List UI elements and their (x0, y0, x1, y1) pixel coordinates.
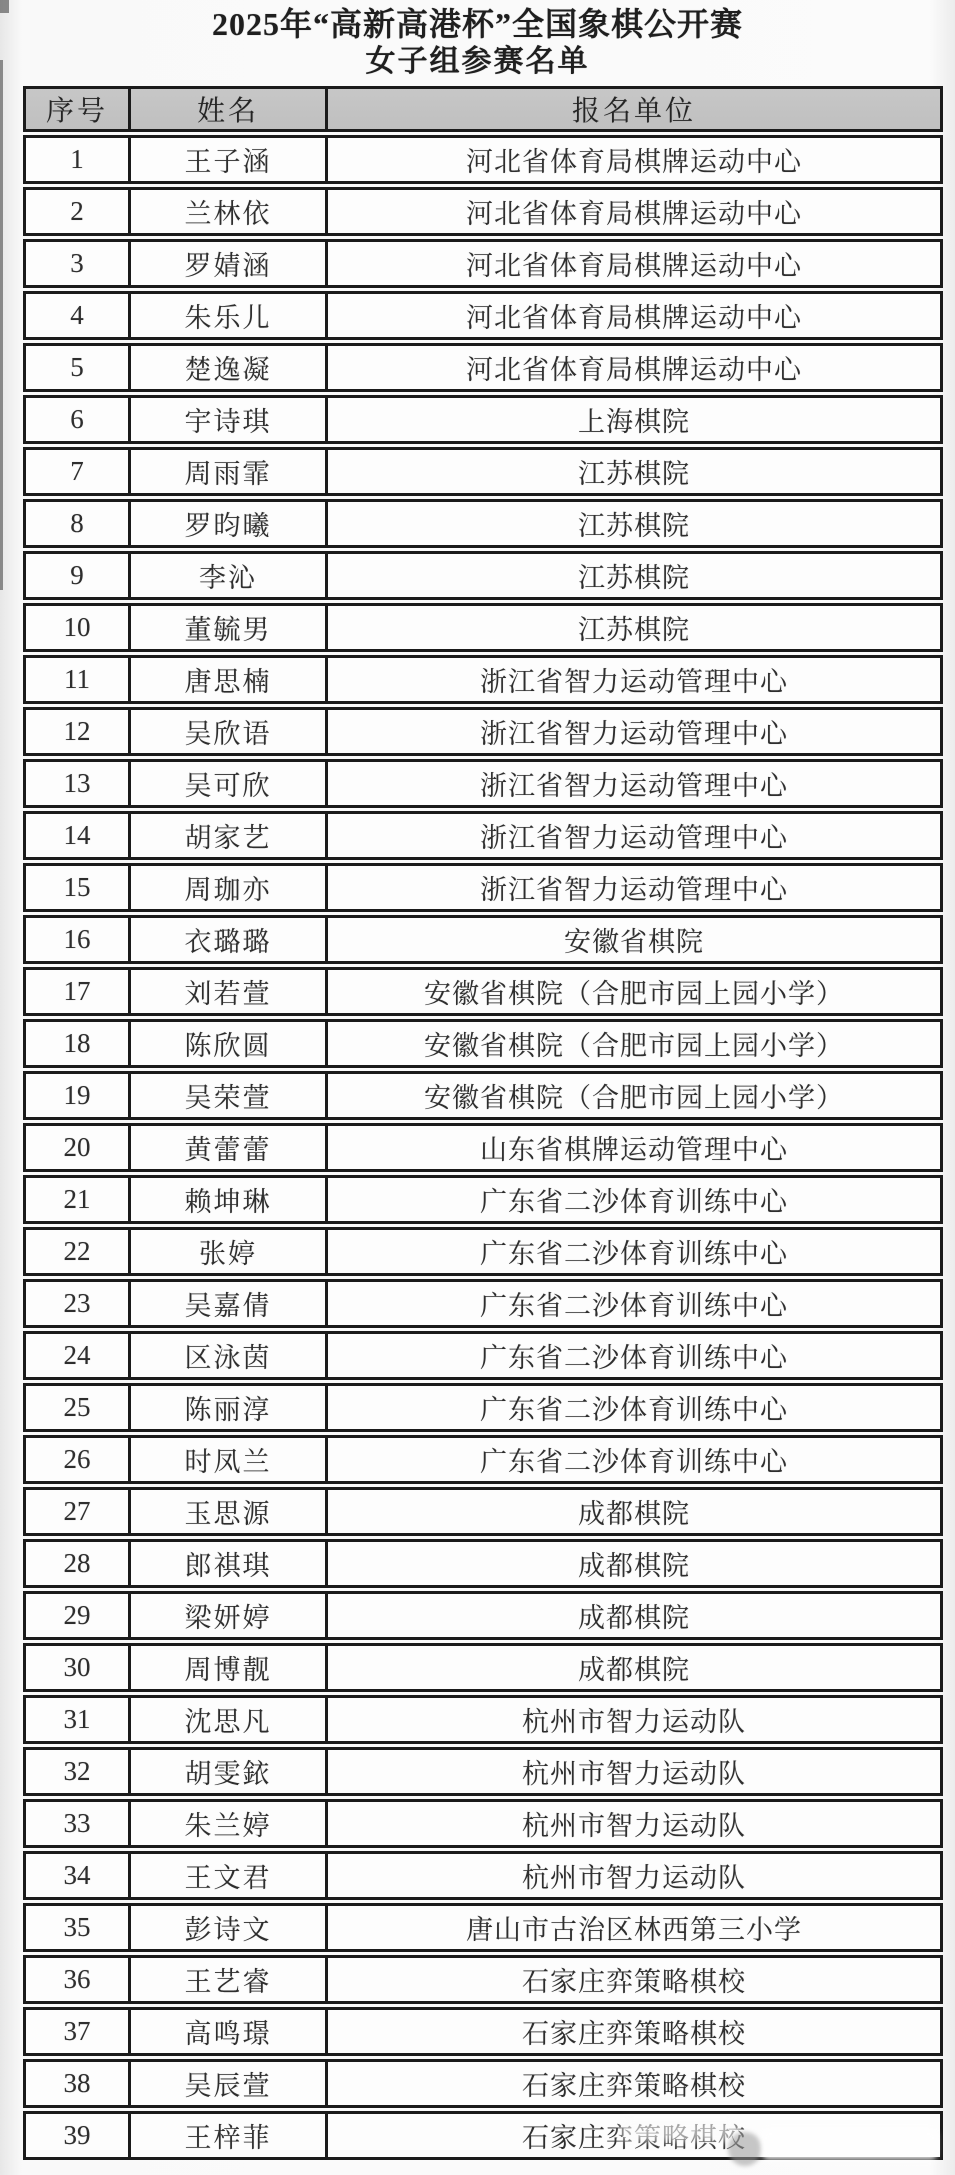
cell-number: 37 (26, 2010, 131, 2053)
table-row: 32 胡雯銥 杭州市智力运动队 (23, 1747, 943, 1796)
table-row: 36 王艺睿 石家庄弈策略棋校 (23, 1955, 943, 2004)
cell-number: 18 (26, 1022, 131, 1065)
table-row: 11 唐思楠 浙江省智力运动管理中心 (23, 655, 943, 704)
cell-unit: 河北省体育局棋牌运动中心 (328, 346, 940, 389)
cell-name: 罗昀曦 (131, 502, 328, 545)
cell-number: 13 (26, 762, 131, 805)
cell-number: 3 (26, 242, 131, 285)
header-cell-name: 姓名 (131, 89, 328, 129)
cell-name: 朱乐儿 (131, 294, 328, 337)
cell-unit: 杭州市智力运动队 (328, 1698, 940, 1741)
cell-number: 36 (26, 1958, 131, 2001)
cell-number: 15 (26, 866, 131, 909)
cell-name: 唐思楠 (131, 658, 328, 701)
cell-unit: 石家庄弈策略棋校 (328, 2062, 940, 2105)
table-row: 10 董毓男 江苏棋院 (23, 603, 943, 652)
cell-name: 衣璐璐 (131, 918, 328, 961)
cell-name: 吴荣萱 (131, 1074, 328, 1117)
cell-number: 8 (26, 502, 131, 545)
cell-unit: 安徽省棋院（合肥市园上园小学） (328, 1022, 940, 1065)
cell-unit: 广东省二沙体育训练中心 (328, 1282, 940, 1325)
cell-number: 1 (26, 138, 131, 181)
cell-number: 28 (26, 1542, 131, 1585)
cell-unit: 广东省二沙体育训练中心 (328, 1386, 940, 1429)
cell-unit: 广东省二沙体育训练中心 (328, 1230, 940, 1273)
cell-unit: 江苏棋院 (328, 450, 940, 493)
scan-edge-artifact (0, 60, 3, 590)
cell-unit: 杭州市智力运动队 (328, 1750, 940, 1793)
cell-unit: 安徽省棋院 (328, 918, 940, 961)
cell-unit: 广东省二沙体育训练中心 (328, 1438, 940, 1481)
cell-name: 玉思源 (131, 1490, 328, 1533)
cell-unit: 唐山市古治区林西第三小学 (328, 1906, 940, 1949)
cell-unit: 浙江省智力运动管理中心 (328, 710, 940, 753)
cell-name: 王梓菲 (131, 2114, 328, 2157)
page-subtitle: 女子组参赛名单 (0, 44, 955, 80)
table-row: 26 时凤兰 广东省二沙体育训练中心 (23, 1435, 943, 1484)
cell-name: 高鸣璟 (131, 2010, 328, 2053)
table-row: 16 衣璐璐 安徽省棋院 (23, 915, 943, 964)
cell-unit: 成都棋院 (328, 1542, 940, 1585)
participants-table: 序号 姓名 报名单位 1 王子涵 河北省体育局棋牌运动中心 2 兰林依 河北省体… (23, 86, 943, 2163)
cell-number: 25 (26, 1386, 131, 1429)
cell-name: 周珈亦 (131, 866, 328, 909)
cell-unit: 安徽省棋院（合肥市园上园小学） (328, 1074, 940, 1117)
cell-name: 周雨霏 (131, 450, 328, 493)
table-row: 28 郎祺琪 成都棋院 (23, 1539, 943, 1588)
cell-name: 时凤兰 (131, 1438, 328, 1481)
cell-name: 朱兰婷 (131, 1802, 328, 1845)
cell-unit: 山东省棋牌运动管理中心 (328, 1126, 940, 1169)
cell-name: 王文君 (131, 1854, 328, 1897)
table-row: 13 吴可欣 浙江省智力运动管理中心 (23, 759, 943, 808)
table-row: 1 王子涵 河北省体育局棋牌运动中心 (23, 135, 943, 184)
table-row: 37 高鸣璟 石家庄弈策略棋校 (23, 2007, 943, 2056)
cell-number: 29 (26, 1594, 131, 1637)
cell-name: 吴欣语 (131, 710, 328, 753)
cell-name: 罗婧涵 (131, 242, 328, 285)
cell-name: 胡雯銥 (131, 1750, 328, 1793)
cell-name: 陈欣圆 (131, 1022, 328, 1065)
cell-unit: 河北省体育局棋牌运动中心 (328, 190, 940, 233)
table-header-row: 序号 姓名 报名单位 (23, 86, 943, 132)
table-row: 21 赖坤琳 广东省二沙体育训练中心 (23, 1175, 943, 1224)
cell-name: 郎祺琪 (131, 1542, 328, 1585)
cell-number: 23 (26, 1282, 131, 1325)
cell-unit: 江苏棋院 (328, 502, 940, 545)
cell-name: 王艺睿 (131, 1958, 328, 2001)
cell-number: 27 (26, 1490, 131, 1533)
table-row: 34 王文君 杭州市智力运动队 (23, 1851, 943, 1900)
cell-number: 30 (26, 1646, 131, 1689)
cell-number: 22 (26, 1230, 131, 1273)
cell-name: 李沁 (131, 554, 328, 597)
cell-number: 38 (26, 2062, 131, 2105)
cell-unit: 浙江省智力运动管理中心 (328, 658, 940, 701)
cell-name: 刘若萱 (131, 970, 328, 1013)
cell-number: 12 (26, 710, 131, 753)
header-cell-unit: 报名单位 (328, 89, 940, 129)
page-title: 2025年“高新高港杯”全国象棋公开赛 (0, 4, 955, 44)
table-row: 7 周雨霏 江苏棋院 (23, 447, 943, 496)
table-row: 18 陈欣圆 安徽省棋院（合肥市园上园小学） (23, 1019, 943, 1068)
cell-number: 2 (26, 190, 131, 233)
table-row: 29 梁妍婷 成都棋院 (23, 1591, 943, 1640)
header-cell-number: 序号 (26, 89, 131, 129)
table-row: 4 朱乐儿 河北省体育局棋牌运动中心 (23, 291, 943, 340)
cell-number: 17 (26, 970, 131, 1013)
table-row: 30 周博靓 成都棋院 (23, 1643, 943, 1692)
cell-unit: 杭州市智力运动队 (328, 1802, 940, 1845)
table-row: 17 刘若萱 安徽省棋院（合肥市园上园小学） (23, 967, 943, 1016)
cell-unit: 浙江省智力运动管理中心 (328, 814, 940, 857)
cell-name: 周博靓 (131, 1646, 328, 1689)
cell-number: 20 (26, 1126, 131, 1169)
cell-name: 张婷 (131, 1230, 328, 1273)
table-row: 5 楚逸凝 河北省体育局棋牌运动中心 (23, 343, 943, 392)
table-row: 2 兰林依 河北省体育局棋牌运动中心 (23, 187, 943, 236)
table-row: 12 吴欣语 浙江省智力运动管理中心 (23, 707, 943, 756)
table-row: 9 李沁 江苏棋院 (23, 551, 943, 600)
cell-unit: 河北省体育局棋牌运动中心 (328, 242, 940, 285)
cell-number: 7 (26, 450, 131, 493)
cell-unit: 河北省体育局棋牌运动中心 (328, 294, 940, 337)
cell-unit: 广东省二沙体育训练中心 (328, 1178, 940, 1221)
table-row: 20 黄蕾蕾 山东省棋牌运动管理中心 (23, 1123, 943, 1172)
table-row: 22 张婷 广东省二沙体育训练中心 (23, 1227, 943, 1276)
cell-number: 6 (26, 398, 131, 441)
table-body: 1 王子涵 河北省体育局棋牌运动中心 2 兰林依 河北省体育局棋牌运动中心 3 … (23, 135, 943, 2160)
cell-unit: 江苏棋院 (328, 606, 940, 649)
table-row: 8 罗昀曦 江苏棋院 (23, 499, 943, 548)
cell-name: 胡家艺 (131, 814, 328, 857)
cell-unit: 河北省体育局棋牌运动中心 (328, 138, 940, 181)
cell-number: 19 (26, 1074, 131, 1117)
cell-name: 王子涵 (131, 138, 328, 181)
cell-number: 33 (26, 1802, 131, 1845)
document-header: 2025年“高新高港杯”全国象棋公开赛 女子组参赛名单 (0, 4, 955, 80)
watermark-smudge (762, 2130, 937, 2160)
cell-name: 沈思凡 (131, 1698, 328, 1741)
cell-unit: 石家庄弈策略棋校 (328, 1958, 940, 2001)
table-row: 31 沈思凡 杭州市智力运动队 (23, 1695, 943, 1744)
table-row: 38 吴辰萱 石家庄弈策略棋校 (23, 2059, 943, 2108)
table-row: 27 玉思源 成都棋院 (23, 1487, 943, 1536)
cell-number: 31 (26, 1698, 131, 1741)
cell-unit: 安徽省棋院（合肥市园上园小学） (328, 970, 940, 1013)
cell-number: 9 (26, 554, 131, 597)
cell-name: 楚逸凝 (131, 346, 328, 389)
cell-name: 区泳茵 (131, 1334, 328, 1377)
table-row: 19 吴荣萱 安徽省棋院（合肥市园上园小学） (23, 1071, 943, 1120)
cell-number: 4 (26, 294, 131, 337)
cell-number: 32 (26, 1750, 131, 1793)
cell-name: 赖坤琳 (131, 1178, 328, 1221)
cell-number: 24 (26, 1334, 131, 1377)
cell-name: 吴辰萱 (131, 2062, 328, 2105)
cell-name: 彭诗文 (131, 1906, 328, 1949)
cell-unit: 石家庄弈策略棋校 (328, 2010, 940, 2053)
cell-unit: 江苏棋院 (328, 554, 940, 597)
table-row: 3 罗婧涵 河北省体育局棋牌运动中心 (23, 239, 943, 288)
cell-unit: 成都棋院 (328, 1646, 940, 1689)
table-row: 15 周珈亦 浙江省智力运动管理中心 (23, 863, 943, 912)
cell-unit: 浙江省智力运动管理中心 (328, 762, 940, 805)
cell-number: 5 (26, 346, 131, 389)
table-row: 33 朱兰婷 杭州市智力运动队 (23, 1799, 943, 1848)
cell-name: 宇诗琪 (131, 398, 328, 441)
cell-name: 吴可欣 (131, 762, 328, 805)
table-row: 23 吴嘉倩 广东省二沙体育训练中心 (23, 1279, 943, 1328)
cell-unit: 成都棋院 (328, 1490, 940, 1533)
cell-unit: 成都棋院 (328, 1594, 940, 1637)
cell-number: 34 (26, 1854, 131, 1897)
cell-name: 兰林依 (131, 190, 328, 233)
cell-number: 10 (26, 606, 131, 649)
table-row: 6 宇诗琪 上海棋院 (23, 395, 943, 444)
cell-number: 26 (26, 1438, 131, 1481)
scan-corner-artifact (0, 0, 9, 13)
cell-number: 16 (26, 918, 131, 961)
table-row: 14 胡家艺 浙江省智力运动管理中心 (23, 811, 943, 860)
table-row: 24 区泳茵 广东省二沙体育训练中心 (23, 1331, 943, 1380)
cell-unit: 杭州市智力运动队 (328, 1854, 940, 1897)
cell-unit: 上海棋院 (328, 398, 940, 441)
cell-number: 21 (26, 1178, 131, 1221)
watermark-smudge (620, 2120, 740, 2142)
cell-name: 陈丽淳 (131, 1386, 328, 1429)
cell-number: 11 (26, 658, 131, 701)
cell-number: 14 (26, 814, 131, 857)
cell-unit: 浙江省智力运动管理中心 (328, 866, 940, 909)
cell-unit: 广东省二沙体育训练中心 (328, 1334, 940, 1377)
watermark-blob (728, 2132, 762, 2166)
cell-number: 35 (26, 1906, 131, 1949)
table-row: 35 彭诗文 唐山市古治区林西第三小学 (23, 1903, 943, 1952)
cell-name: 吴嘉倩 (131, 1282, 328, 1325)
cell-name: 董毓男 (131, 606, 328, 649)
cell-number: 39 (26, 2114, 131, 2157)
cell-name: 梁妍婷 (131, 1594, 328, 1637)
cell-name: 黄蕾蕾 (131, 1126, 328, 1169)
table-row: 25 陈丽淳 广东省二沙体育训练中心 (23, 1383, 943, 1432)
